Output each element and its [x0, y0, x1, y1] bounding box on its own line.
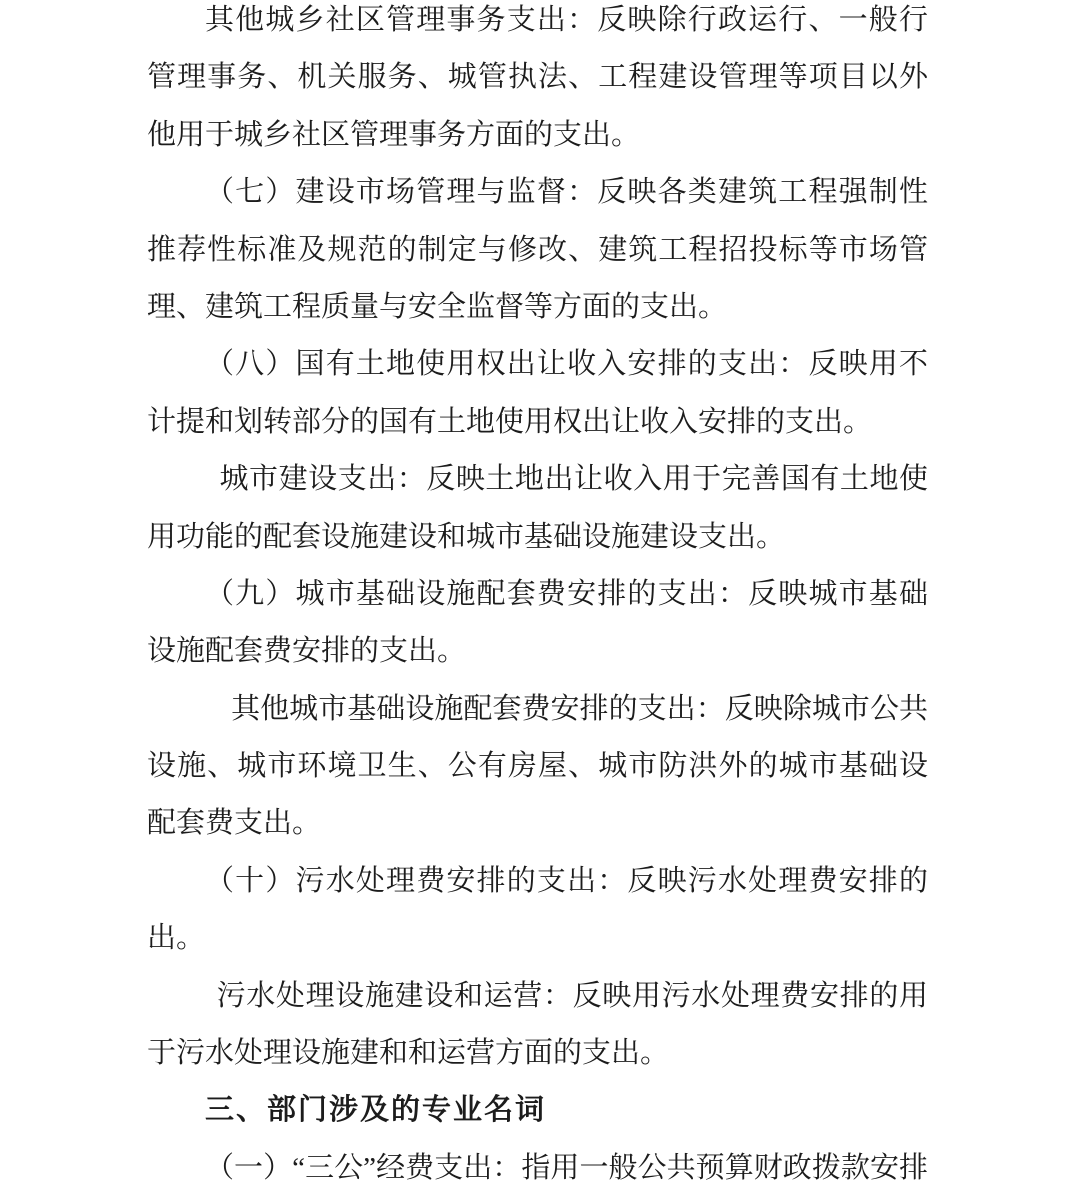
document-content: 其他城乡社区管理事务支出：反映除行政运行、一般行政管理事务、机关服务、城管执法、…: [147, 0, 928, 1197]
text-line: 用功能的配套设施建设和城市基础设施建设支出。: [147, 509, 928, 566]
text-line: （九）城市基础设施配套费安排的支出：反映城市基础: [147, 566, 928, 623]
text-line: 配套费支出。: [147, 795, 928, 852]
text-line: 污水处理设施建设和运营：反映用污水处理费安排的用: [147, 968, 928, 1025]
text-line: 其他城乡社区管理事务支出：反映除行政运行、一般行政: [147, 0, 928, 49]
text-line: 城市建设支出：反映土地出让收入用于完善国有土地使: [147, 451, 928, 508]
text-line: 理、建筑工程质量与安全监督等方面的支出。: [147, 279, 928, 336]
para-other-city-infrastructure-fee: 其他城市基础设施配套费安排的支出：反映除城市公共设施、城市环境卫生、公有房屋、城…: [147, 681, 928, 853]
heading-line: 三、部门涉及的专业名词: [147, 1082, 928, 1139]
para-city-construction-expense: 城市建设支出：反映土地出让收入用于完善国有土地使用功能的配套设施建设和城市基础设…: [147, 451, 928, 566]
text-line: 推荐性标准及规范的制定与修改、建筑工程招投标等市场管: [147, 222, 928, 279]
para-item-seven-construction-market: （七）建设市场管理与监督：反映各类建筑工程强制性和推荐性标准及规范的制定与修改、…: [147, 164, 928, 336]
para-item-eight-state-land-transfer: （八）国有土地使用权出让收入安排的支出：反映用不含计提和划转部分的国有土地使用权…: [147, 336, 928, 451]
text-line: 管理事务、机关服务、城管执法、工程建设管理等项目以外其: [147, 49, 928, 106]
text-line: （十）污水处理费安排的支出：反映污水处理费安排的支: [147, 853, 928, 910]
text-line: （七）建设市场管理与监督：反映各类建筑工程强制性和: [147, 164, 928, 221]
text-line: （一）“三公”经费支出：指用一般公共预算财政拨款安排: [147, 1140, 928, 1197]
text-line: 其他城市基础设施配套费安排的支出：反映除城市公共: [147, 681, 928, 738]
text-line: 他用于城乡社区管理事务方面的支出。: [147, 107, 928, 164]
para-other-urban-rural-community-expense: 其他城乡社区管理事务支出：反映除行政运行、一般行政管理事务、机关服务、城管执法、…: [147, 0, 928, 164]
text-line: 设施、城市环境卫生、公有房屋、城市防洪外的城市基础设施: [147, 738, 928, 795]
text-line: 于污水处理设施建和和运营方面的支出。: [147, 1025, 928, 1082]
text-line: 计提和划转部分的国有土地使用权出让收入安排的支出。: [147, 394, 928, 451]
para-item-nine-city-infrastructure-fee: （九）城市基础设施配套费安排的支出：反映城市基础设施配套费安排的支出。: [147, 566, 928, 681]
heading-section-three-professional-terms: 三、部门涉及的专业名词: [147, 1082, 928, 1139]
text-line: 出。: [147, 910, 928, 967]
para-item-one-three-public-expense: （一）“三公”经费支出：指用一般公共预算财政拨款安排: [147, 1140, 928, 1197]
para-item-ten-sewage-treatment-fee: （十）污水处理费安排的支出：反映污水处理费安排的支出。: [147, 853, 928, 968]
para-sewage-facility-construction-operation: 污水处理设施建设和运营：反映用污水处理费安排的用于污水处理设施建和和运营方面的支…: [147, 968, 928, 1083]
text-line: （八）国有土地使用权出让收入安排的支出：反映用不含: [147, 336, 928, 393]
document-page: 其他城乡社区管理事务支出：反映除行政运行、一般行政管理事务、机关服务、城管执法、…: [0, 0, 1074, 1201]
text-line: 设施配套费安排的支出。: [147, 623, 928, 680]
